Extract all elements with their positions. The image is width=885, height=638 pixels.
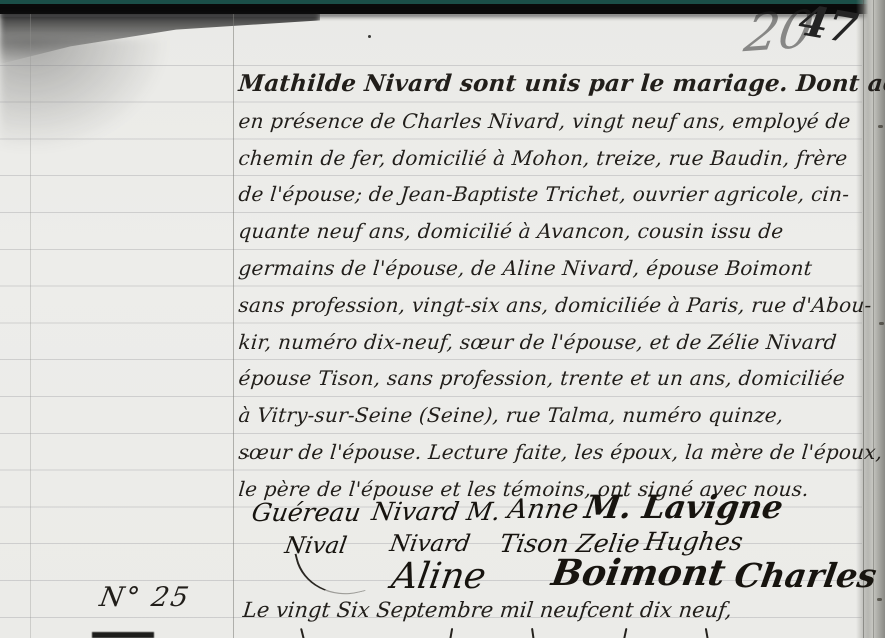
- signature-boimont: Boimont: [549, 552, 729, 594]
- act-text-line: kir, numéro dix-neuf, sœur de l'épouse, …: [237, 324, 868, 361]
- signature-charles: Charles: [732, 556, 879, 595]
- facing-page-ink-mark: [879, 322, 884, 325]
- ink-stroke: [531, 628, 535, 638]
- act-text-line: de l'épouse; de Jean-Baptiste Trichet, o…: [237, 176, 868, 213]
- act-text-line: quante neuf ans, domicilié à Avancon, co…: [237, 213, 868, 250]
- margin-rule-line: [233, 14, 234, 638]
- act-text-line: chemin de fer, domicilié à Mohon, treize…: [237, 140, 868, 177]
- act-text-line: en présence de Charles Nivard, vingt neu…: [237, 103, 868, 140]
- ink-stroke: [623, 628, 628, 638]
- act-text-line: épouse Tison, sans profession, trente et…: [237, 360, 868, 397]
- left-edge-rule-line: [30, 14, 31, 638]
- ink-stroke: [705, 628, 709, 638]
- signature-nivard-m: Nivard M.: [370, 497, 503, 526]
- signature-aline: Aline: [389, 556, 489, 597]
- facing-page-ink-mark: [878, 125, 883, 128]
- act-text-line: à Vitry-sur-Seine (Seine), rue Talma, nu…: [237, 397, 868, 434]
- signature-guereau: Guéreau: [250, 498, 363, 527]
- act-text-line: sœur de l'épouse. Lecture faite, les épo…: [237, 434, 868, 471]
- signature-lavigne: M. Lavigne: [582, 488, 786, 526]
- next-act-opening-line: Le vingt Six Septembre mil neufcent dix …: [242, 598, 733, 622]
- act-text-line: sans profession, vingt-six ans, domicili…: [237, 287, 868, 324]
- ink-speck: [247, 455, 249, 457]
- ink-speck: [368, 35, 371, 38]
- signature-anne: Anne: [506, 494, 581, 525]
- act-body-text: Mathilde Nivard sont unis par le mariage…: [237, 66, 865, 508]
- act-number: N° 25: [97, 582, 193, 613]
- facing-page-ink-mark: [877, 598, 882, 601]
- act-text-line: germains de l'épouse, de Aline Nivard, é…: [237, 250, 868, 287]
- partial-next-line-strokes: [240, 626, 840, 638]
- bottom-edge-ink-mark: [92, 632, 154, 638]
- ink-stroke: [300, 628, 306, 638]
- scanned-register-page: 20 47 Mathilde Nivard sont unis par le m…: [0, 0, 885, 638]
- act-text-line: Mathilde Nivard sont unis par le mariage…: [237, 66, 868, 103]
- signature-nivard: Nivard: [388, 531, 472, 557]
- ink-stroke: [449, 628, 453, 638]
